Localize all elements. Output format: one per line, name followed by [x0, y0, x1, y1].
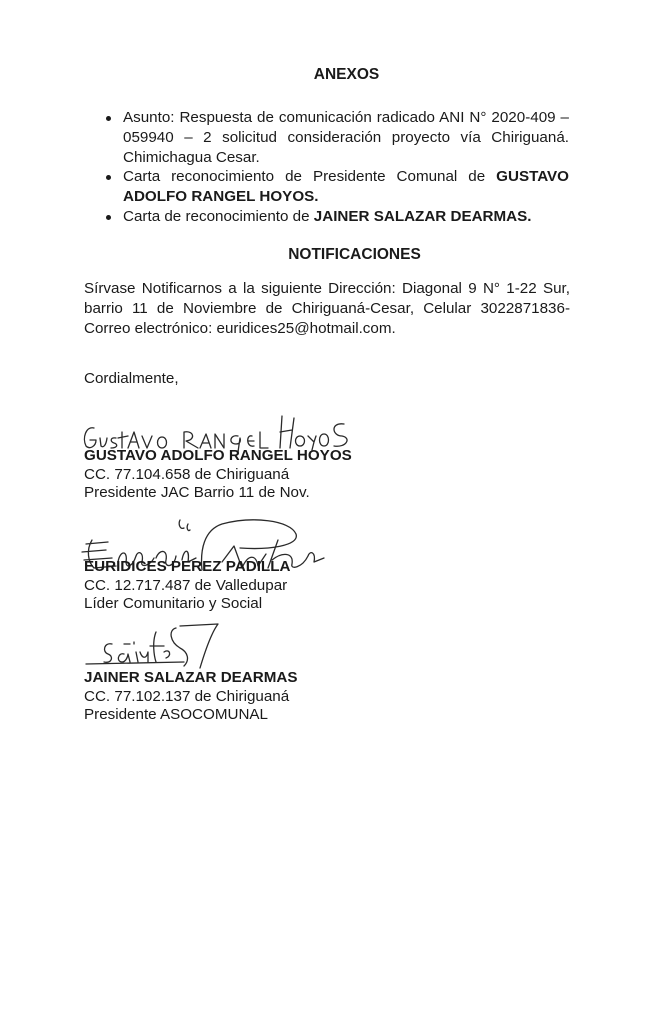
notifications-body: Sírvase Notificarnos a la siguiente Dire… — [84, 279, 570, 338]
bullet-icon — [106, 215, 111, 220]
annex-emphasis: JAINER SALAZAR DEARMAS. — [314, 208, 532, 225]
signature-jainer — [84, 622, 234, 670]
signer-block: EURIDICES PEREZ PADILLA CC. 12.717.487 d… — [84, 558, 290, 614]
signer-role: Líder Comunitario y Social — [84, 595, 290, 614]
annex-text: Carta de reconocimiento de — [123, 208, 314, 225]
signer-name: GUSTAVO ADOLFO RANGEL HOYOS — [84, 447, 352, 466]
notifications-heading: NOTIFICACIONES — [20, 246, 669, 264]
signer-name: EURIDICES PEREZ PADILLA — [84, 558, 290, 577]
signer-id: CC. 77.104.658 de Chiriguaná — [84, 466, 352, 485]
annex-text: Carta reconocimiento de Presidente Comun… — [123, 168, 496, 185]
signer-block: JAINER SALAZAR DEARMAS CC. 77.102.137 de… — [84, 669, 297, 725]
annex-text: Asunto: Respuesta de comunicación radica… — [123, 109, 569, 166]
annex-item: Carta de reconocimiento de JAINER SALAZA… — [102, 207, 569, 227]
annexes-list: Asunto: Respuesta de comunicación radica… — [102, 108, 569, 227]
annex-item: Asunto: Respuesta de comunicación radica… — [102, 108, 569, 167]
bullet-icon — [106, 175, 111, 180]
annexes-heading: ANEXOS — [12, 66, 669, 84]
annex-item: Carta reconocimiento de Presidente Comun… — [102, 167, 569, 207]
signer-role: Presidente ASOCOMUNAL — [84, 706, 297, 725]
closing-salutation: Cordialmente, — [84, 370, 179, 387]
signer-id: CC. 77.102.137 de Chiriguaná — [84, 688, 297, 707]
signer-block: GUSTAVO ADOLFO RANGEL HOYOS CC. 77.104.6… — [84, 447, 352, 503]
signer-id: CC. 12.717.487 de Valledupar — [84, 577, 290, 596]
signer-role: Presidente JAC Barrio 11 de Nov. — [84, 484, 352, 503]
signer-name: JAINER SALAZAR DEARMAS — [84, 669, 297, 688]
bullet-icon — [106, 116, 111, 121]
